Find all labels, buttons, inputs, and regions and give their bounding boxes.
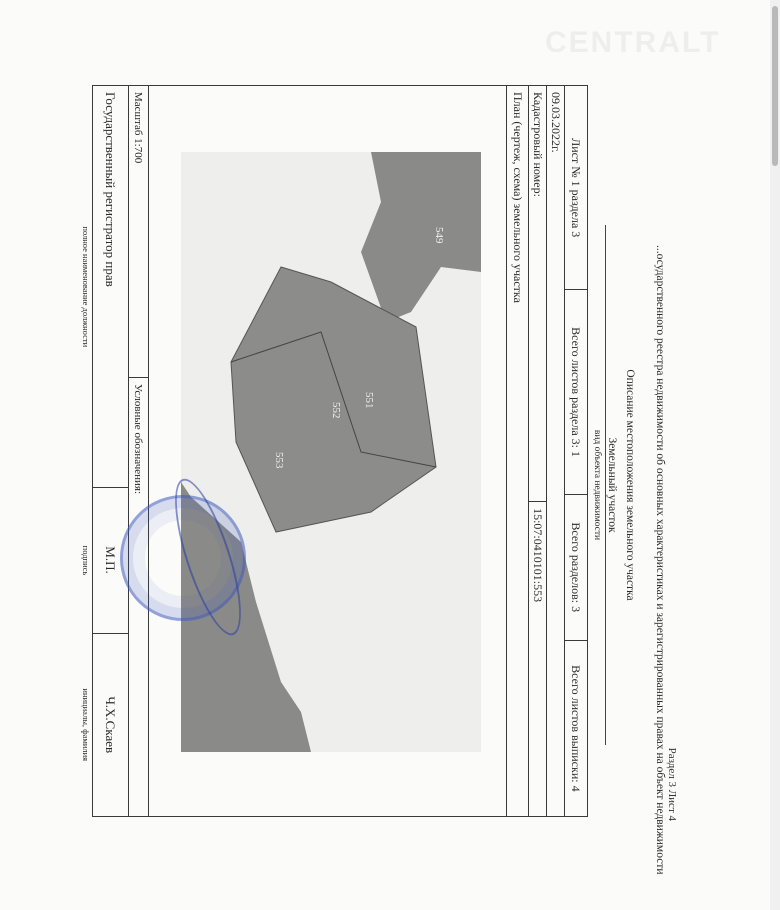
- registrar-name: Ч.Х.Скаев: [92, 634, 128, 817]
- registrar-title-caption: полное наименование должности: [79, 86, 93, 488]
- sheet-info-row: Лист № 1 раздела 3 Всего листов раздела …: [564, 86, 587, 816]
- extract-document: Раздел 3 Лист 4 ...осударственного реест…: [80, 55, 700, 855]
- extract-date: 09.03.2022г.: [547, 86, 565, 159]
- signature-caption: подпись: [79, 488, 93, 634]
- registrar-name-caption: инициалы, фамилия: [79, 634, 93, 817]
- parcel-plan: 549 551 552 553: [181, 152, 481, 752]
- cadastral-row: Кадастровый номер: 15:07:0410101:553: [528, 86, 547, 816]
- object-type: Земельный участок: [605, 225, 618, 745]
- plan-label: План (чертеж, схема) земельного участка: [507, 86, 529, 309]
- registry-title: ...осударственного реестра недвижимости …: [654, 245, 666, 875]
- sheets-total: Всего листов выписки: 4: [565, 641, 587, 816]
- cadastral-number: 15:07:0410101:553: [529, 502, 547, 608]
- scale-legend-row: Масштаб 1:700 Условные обозначения:: [128, 86, 149, 816]
- extract-table: Лист № 1 раздела 3 Всего листов раздела …: [92, 85, 588, 817]
- sections-total: Всего разделов: 3: [565, 495, 587, 641]
- legend-label: Условные обозначения:: [128, 378, 148, 500]
- description-title: Описание местоположения земельного участ…: [624, 225, 636, 745]
- scrollbar[interactable]: [770, 0, 780, 910]
- signature-row: Государственный регистратор прав М.П. Ч.…: [92, 86, 129, 816]
- signature-captions: полное наименование должности подпись ин…: [79, 86, 93, 816]
- sheet-label: Лист № 1 раздела 3: [565, 86, 587, 290]
- object-type-caption: вид объекта недвижимости: [592, 225, 602, 745]
- registrar-title: Государственный регистратор прав: [92, 86, 128, 488]
- parcel-label-553: 553: [273, 452, 285, 469]
- plan-row: План (чертеж, схема) земельного участка: [506, 86, 529, 816]
- parcel-label-551: 551: [363, 392, 375, 409]
- scale-label: Масштаб 1:700: [128, 86, 148, 378]
- scrollbar-thumb[interactable]: [772, 6, 778, 166]
- section-sheet-label: Раздел 3 Лист 4: [666, 748, 678, 821]
- cadastral-label: Кадастровый номер:: [529, 86, 547, 502]
- parcel-label-549: 549: [433, 227, 445, 244]
- sheets-in-section: Всего листов раздела 3: 1: [565, 290, 587, 494]
- parcel-label-552: 552: [330, 402, 342, 419]
- date-row: 09.03.2022г.: [546, 86, 565, 816]
